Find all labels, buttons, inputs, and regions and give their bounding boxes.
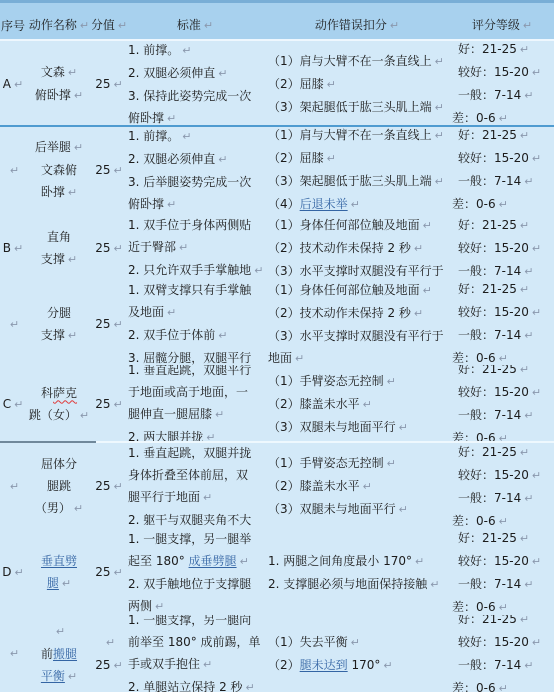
text-segment: 两侧: [128, 599, 152, 613]
paragraph-mark-icon: ↵: [14, 398, 23, 411]
text-segment: 25: [95, 163, 110, 177]
paragraph-mark-icon: ↵: [523, 19, 532, 32]
text-line: （3）水平支撑时双腿没有平行于: [268, 260, 444, 282]
text-line: 2. 双腿必须伸直↵: [128, 62, 227, 85]
hyperlink-text[interactable]: 成垂劈腿: [189, 554, 237, 568]
paragraph-mark-icon: ↵: [179, 241, 188, 254]
text-line: 1. 垂直起跳，双腿并拢: [128, 443, 251, 464]
header-idx: 序号: [0, 3, 26, 41]
cell-index: ↵: [0, 443, 26, 530]
text-segment: 后举腿: [35, 140, 71, 154]
text-line: 25↵: [95, 654, 123, 677]
cell-action-name: 分腿支撑↵: [26, 283, 92, 365]
text-line: 25↵: [95, 561, 123, 584]
text-line: 较好：15-20↵: [458, 301, 541, 324]
text-segment: （3）水平支撑时双腿没有平行于: [268, 264, 444, 278]
text-line: 文森俯: [41, 159, 77, 181]
text-segment: 前举至 180° 成前踢，单: [128, 635, 261, 649]
text-segment: 俯卧撑: [128, 197, 164, 211]
text-segment: 好：21-25: [458, 42, 517, 56]
text-segment: 差：0-6: [452, 431, 496, 443]
text-segment: 2. 双手触地位于支撑腿: [128, 577, 251, 591]
paragraph-mark-icon: ↵: [390, 19, 399, 32]
text-line: （1）身体任何部位触及地面↵: [268, 283, 432, 302]
text-line: 分腿: [47, 302, 71, 324]
paragraph-mark-icon: ↵: [414, 242, 423, 255]
text-line: D↵: [2, 561, 23, 584]
text-segment: 25: [95, 397, 110, 411]
text-line: 手或双手抱住↵: [128, 653, 212, 676]
paragraph-mark-icon: ↵: [499, 601, 508, 614]
hyperlink-text[interactable]: 后退未举: [300, 197, 348, 211]
cell-score: 25↵: [92, 530, 126, 615]
text-line: （2）屈膝↵: [268, 73, 336, 96]
paragraph-mark-icon: ↵: [524, 265, 533, 278]
text-segment: 1. 一腿支撑，另一腿向: [128, 615, 251, 627]
hyperlink-text[interactable]: 腿未达到: [300, 658, 348, 672]
hyperlink-text[interactable]: 搬腿: [53, 647, 77, 661]
cell-errors: （1）身体任何部位触及地面↵（2）技术动作未保持 2 秒↵（3）水平支撑时双腿没…: [264, 283, 450, 365]
cell-score: 25↵: [92, 127, 126, 213]
text-segment: 1. 双臂支撑只有手掌触: [128, 283, 251, 297]
text-line: （4）后退未举↵: [268, 193, 360, 213]
paragraph-mark-icon: ↵: [520, 129, 529, 142]
cell-action-name: 科萨克跳（女）↵: [26, 365, 92, 443]
text-segment: 2. 两大腿并拢: [128, 430, 203, 443]
text-segment: 2. 双手位于体前: [128, 328, 215, 342]
text-segment: 1. 垂直起跳，双腿并拢: [128, 446, 251, 460]
paragraph-mark-icon: ↵: [204, 19, 213, 32]
paragraph-mark-icon: ↵: [114, 398, 123, 411]
text-line: （2）腿未达到 170°↵: [268, 654, 393, 677]
text-segment: （3）双腿未与地面平行: [268, 420, 396, 434]
paragraph-mark-icon: ↵: [524, 409, 533, 422]
text-line: 起至 180° 成垂劈腿↵: [128, 550, 249, 573]
paragraph-mark-icon: ↵: [524, 89, 533, 102]
header-grades: 评分等级↵: [450, 3, 554, 41]
text-line: 科萨克: [41, 382, 77, 404]
text-line: 较好：15-20↵: [458, 237, 541, 260]
text-segment: 支撑: [41, 252, 65, 266]
text-segment: （2）屈膝: [268, 151, 324, 165]
paragraph-mark-icon: ↵: [520, 365, 529, 376]
paragraph-mark-icon: ↵: [351, 198, 360, 211]
text-segment: 俯卧撑: [35, 88, 71, 102]
cell-standard: 1. 双手位于身体两侧贴近于臀部↵2. 只允许双手手掌触地↵: [126, 213, 264, 283]
text-line: 好：21-25↵: [458, 283, 529, 301]
text-segment: 差：0-6: [452, 600, 496, 614]
cell-index: ↵: [0, 127, 26, 213]
text-line: 一般：7-14↵: [458, 170, 533, 193]
text-segment: 近于臀部: [128, 240, 176, 254]
paragraph-mark-icon: ↵: [114, 78, 123, 91]
text-segment: A: [3, 77, 11, 91]
text-segment: 于地面或高于地面，一: [128, 385, 248, 399]
paragraph-mark-icon: ↵: [74, 502, 83, 515]
header-label: 标准: [177, 18, 201, 32]
text-line: 跳（女）↵: [29, 404, 89, 427]
table-row: ↵分腿支撑↵25↵1. 双臂支撑只有手掌触及地面↵2. 双手位于体前↵3. 屈髋…: [0, 283, 554, 365]
text-segment: 3. 保持此姿势完成一次: [128, 89, 251, 103]
text-segment: （2）膝盖未水平: [268, 397, 360, 411]
text-line: 3. 后举腿姿势完成一次: [128, 171, 251, 193]
text-segment: 前: [41, 647, 53, 661]
paragraph-mark-icon: ↵: [363, 398, 372, 411]
cell-grades: 好：21-25↵较好：15-20↵一般：7-14↵差：0-6↵: [450, 41, 554, 127]
text-segment: 较好：15-20: [458, 385, 529, 399]
cell-grades: 好：21-25↵较好：15-20↵一般：7-14↵差：0-6↵: [450, 443, 554, 530]
text-line: （1）肩与大臂不在一条直线上↵: [268, 127, 444, 147]
text-segment: 起至 180°: [128, 554, 189, 568]
text-segment: 差：0-6: [452, 351, 496, 365]
paragraph-mark-icon: ↵: [532, 636, 541, 649]
paragraph-mark-icon: ↵: [68, 329, 77, 342]
text-segment: 1. 两腿之间角度最小 170°: [268, 554, 412, 568]
hyperlink-text[interactable]: 垂直劈: [41, 554, 77, 568]
paragraph-mark-icon: ↵: [524, 578, 533, 591]
text-line: 直角: [47, 226, 71, 248]
text-line: C↵: [3, 393, 24, 416]
text-line: 俯卧撑↵: [128, 193, 176, 214]
cell-score: 25↵: [92, 443, 126, 530]
text-segment: 腿平行于地面: [128, 490, 200, 504]
cell-index: C↵: [0, 365, 26, 443]
paragraph-mark-icon: ↵: [68, 670, 77, 683]
cell-action-name: 垂直劈腿↵: [26, 530, 92, 615]
text-line: 2. 双手位于体前↵: [128, 324, 227, 347]
text-line: 好：21-25↵: [458, 127, 529, 147]
cell-index: B↵: [0, 213, 26, 283]
paragraph-mark-icon: ↵: [155, 600, 164, 613]
text-line: 支撑↵: [41, 248, 77, 271]
paragraph-mark-icon: ↵: [10, 164, 19, 177]
paragraph-mark-icon: ↵: [532, 469, 541, 482]
text-line: 近于臀部↵: [128, 236, 188, 259]
text-segment: 较好：15-20: [458, 635, 529, 649]
paragraph-mark-icon: ↵: [399, 421, 408, 434]
paragraph-mark-icon: ↵: [415, 555, 424, 568]
text-segment: 一般：7-14: [458, 577, 521, 591]
text-segment: 25: [95, 241, 110, 255]
paragraph-mark-icon: ↵: [10, 647, 19, 660]
paragraph-mark-icon: ↵: [167, 306, 176, 319]
text-segment: （男）: [35, 501, 71, 515]
text-segment: （3）双腿未与地面平行: [268, 502, 396, 516]
text-line: 1. 垂直起跳，双腿平行: [128, 365, 251, 381]
paragraph-mark-icon: ↵: [203, 658, 212, 671]
paragraph-mark-icon: ↵: [182, 44, 191, 57]
text-line: （2）技术动作未保持 2 秒↵: [268, 237, 423, 260]
cell-score: ↵25↵: [92, 615, 126, 692]
text-segment: 手或双手抱住: [128, 657, 200, 671]
cell-errors: 1. 两腿之间角度最小 170°↵2. 支撑腿必须与地面保持接触↵: [264, 530, 450, 615]
paragraph-mark-icon: ↵: [423, 284, 432, 297]
paragraph-mark-icon: ↵: [524, 659, 533, 672]
cell-index: ↵: [0, 283, 26, 365]
text-line: 身体折叠至体前屈，双: [128, 464, 248, 486]
text-line: 一般：7-14↵: [458, 573, 533, 596]
text-segment: （1）身体任何部位触及地面: [268, 218, 420, 232]
paragraph-mark-icon: ↵: [435, 55, 444, 68]
paragraph-mark-icon: ↵: [114, 480, 123, 493]
paragraph-mark-icon: ↵: [399, 503, 408, 516]
paragraph-mark-icon: ↵: [203, 491, 212, 504]
paragraph-mark-icon: ↵: [520, 219, 529, 232]
text-line: 3. 保持此姿势完成一次: [128, 85, 251, 107]
paragraph-mark-icon: ↵: [80, 19, 89, 32]
paragraph-mark-icon: ↵: [114, 164, 123, 177]
text-segment: （2）: [268, 658, 300, 672]
cell-standard: 1. 前撑。↵2. 双腿必须伸直↵3. 保持此姿势完成一次俯卧撑↵: [126, 41, 264, 127]
text-segment: 地面: [268, 351, 292, 365]
text-line: 好：21-25↵: [458, 443, 529, 464]
text-line: 一般：7-14↵: [458, 487, 533, 510]
paragraph-mark-icon: ↵: [520, 615, 529, 626]
text-segment: 好：21-25: [458, 445, 517, 459]
paragraph-mark-icon: ↵: [14, 242, 23, 255]
paragraph-mark-icon: ↵: [240, 555, 249, 568]
cell-action-name: ↵前搬腿平衡↵: [26, 615, 92, 692]
cell-action-name: 后举腿↵文森俯卧撑↵: [26, 127, 92, 213]
paragraph-mark-icon: ↵: [68, 66, 77, 79]
text-segment: 科: [41, 386, 53, 400]
text-line: ↵: [7, 642, 19, 665]
text-line: （2）技术动作未保持 2 秒↵: [268, 302, 423, 325]
text-segment: 3. 屈髋分腿，双腿平行: [128, 351, 251, 365]
paragraph-mark-icon: ↵: [524, 175, 533, 188]
text-line: （3）架起腿低于肱三头肌上端↵: [268, 96, 444, 119]
text-line: （2）膝盖未水平↵: [268, 475, 372, 498]
text-line: 腿平行于地面↵: [128, 486, 212, 509]
text-segment: 一般：7-14: [458, 174, 521, 188]
paragraph-mark-icon: ↵: [167, 112, 176, 125]
text-line: 25↵: [95, 73, 123, 96]
paragraph-mark-icon: ↵: [327, 78, 336, 91]
text-line: 2. 双腿必须伸直↵: [128, 148, 227, 171]
paragraph-mark-icon: ↵: [206, 431, 215, 443]
paragraph-mark-icon: ↵: [114, 318, 123, 331]
text-segment: 1. 前撑。: [128, 129, 179, 143]
header-errors: 动作错误扣分↵: [264, 3, 450, 41]
text-line: 25↵: [95, 313, 123, 336]
text-segment: 身体折叠至体前屈，双: [128, 468, 248, 482]
hyperlink-text[interactable]: 平衡: [41, 669, 65, 683]
text-segment: 支撑: [41, 328, 65, 342]
header-label: 序号: [1, 19, 25, 33]
text-line: 一般：7-14↵: [458, 260, 533, 283]
text-line: （1）失去平衡↵: [268, 631, 360, 654]
text-line: 后举腿↵: [35, 136, 83, 159]
text-line: 1. 一腿支撑，另一腿向: [128, 615, 251, 631]
paragraph-mark-icon: ↵: [246, 681, 255, 692]
table-row: C↵科萨克跳（女）↵25↵1. 垂直起跳，双腿平行于地面或高于地面，一腿伸直一腿…: [0, 365, 554, 443]
paragraph-mark-icon: ↵: [499, 515, 508, 528]
cell-grades: 好：21-25↵较好：15-20↵一般：7-14↵: [450, 213, 554, 283]
paragraph-mark-icon: ↵: [383, 659, 392, 672]
cell-standard: 1. 一腿支撑，另一腿向前举至 180° 成前踢，单手或双手抱住↵2. 单腿站立…: [126, 615, 264, 692]
text-line: 前搬腿: [41, 643, 77, 665]
text-line: 较好：15-20↵: [458, 550, 541, 573]
text-line: 一般：7-14↵: [458, 324, 533, 347]
text-line: 差：0-6↵: [452, 677, 508, 692]
table-row: ↵屈体分腿跳（男）↵25↵1. 垂直起跳，双腿并拢身体折叠至体前屈，双腿平行于地…: [0, 443, 554, 530]
text-segment: D: [2, 565, 11, 579]
text-line: 两侧↵: [128, 595, 164, 616]
text-segment: 25: [95, 317, 110, 331]
text-segment: 1. 双手位于身体两侧贴: [128, 218, 251, 232]
cell-index: D↵: [0, 530, 26, 615]
text-line: （3）架起腿低于肱三头肌上端↵: [268, 170, 444, 193]
text-line: 支撑↵: [41, 324, 77, 347]
text-segment: 25: [95, 565, 110, 579]
text-line: 垂直劈: [41, 550, 77, 572]
text-line: （2）膝盖未水平↵: [268, 393, 372, 416]
text-segment: （3）架起腿低于肱三头肌上端: [268, 100, 432, 114]
cell-errors: （1）手臂姿态无控制↵（2）膝盖未水平↵（3）双腿未与地面平行↵: [264, 443, 450, 530]
text-segment: 较好：15-20: [458, 305, 529, 319]
paragraph-mark-icon: ↵: [520, 43, 529, 56]
text-line: 文森↵: [41, 61, 77, 84]
cell-errors: （1）肩与大臂不在一条直线上↵（2）屈膝↵（3）架起腿低于肱三头肌上端↵（4）后…: [264, 127, 450, 213]
paragraph-mark-icon: ↵: [520, 532, 529, 545]
paragraph-mark-icon: ↵: [68, 186, 77, 199]
paragraph-mark-icon: ↵: [532, 306, 541, 319]
text-segment: 较好：15-20: [458, 65, 529, 79]
text-segment: 及地面: [128, 305, 164, 319]
text-line: 较好：15-20↵: [458, 464, 541, 487]
cell-grades: 好：21-25↵较好：15-20↵一般：7-14↵差：0-6↵: [450, 127, 554, 213]
table-row: ↵↵前搬腿平衡↵↵25↵1. 一腿支撑，另一腿向前举至 180° 成前踢，单手或…: [0, 615, 554, 692]
text-line: 腿↵: [47, 572, 71, 595]
text-line: ↵: [53, 620, 65, 643]
text-segment: 25: [95, 479, 110, 493]
text-line: 1. 双手位于身体两侧贴: [128, 214, 251, 236]
text-line: 一般：7-14↵: [458, 404, 533, 427]
text-line: 25↵: [95, 393, 123, 416]
text-line: （3）双腿未与地面平行↵: [268, 416, 408, 439]
cell-score: 25↵: [92, 41, 126, 127]
cell-score: 25↵: [92, 365, 126, 443]
cell-errors: （1）失去平衡↵（2）腿未达到 170°↵: [264, 615, 450, 692]
text-line: （3）双腿未与地面平行↵: [268, 498, 408, 521]
text-segment: 屈体分: [41, 457, 77, 471]
paragraph-mark-icon: ↵: [327, 152, 336, 165]
text-segment: （2）膝盖未水平: [268, 479, 360, 493]
text-segment: 文森俯: [41, 163, 77, 177]
text-line: 1. 双臂支撑只有手掌触: [128, 283, 251, 301]
text-line: （1）手臂姿态无控制↵: [268, 452, 396, 475]
text-segment: （4）: [268, 197, 300, 211]
paragraph-mark-icon: ↵: [499, 112, 508, 125]
text-segment: （1）肩与大臂不在一条直线上: [268, 128, 432, 142]
paragraph-mark-icon: ↵: [15, 566, 24, 579]
text-segment: （3）架起腿低于肱三头肌上端: [268, 174, 432, 188]
text-line: 好：21-25↵: [458, 530, 529, 550]
text-line: 2. 支撑腿必须与地面保持接触↵: [268, 573, 439, 596]
text-segment: 2. 双腿必须伸直: [128, 66, 215, 80]
text-line: （3）水平支撑时双腿没有平行于: [268, 325, 444, 347]
text-segment: 好：21-25: [458, 283, 517, 296]
text-line: 好：21-25↵: [458, 214, 529, 237]
cell-index: A↵: [0, 41, 26, 127]
text-line: 好：21-25↵: [458, 615, 529, 631]
paragraph-mark-icon: ↵: [423, 219, 432, 232]
cell-score: 25↵: [92, 283, 126, 365]
text-line: 腿伸直一腿屈膝↵: [128, 403, 224, 426]
text-segment: 好：21-25: [458, 218, 517, 232]
text-line: （1）手臂姿态无控制↵: [268, 370, 396, 393]
text-segment: 2. 双腿必须伸直: [128, 152, 215, 166]
cell-score: 25↵: [92, 213, 126, 283]
text-segment: 一般：7-14: [458, 408, 521, 422]
text-line: 1. 两腿之间角度最小 170°↵: [268, 550, 424, 573]
text-segment: （1）失去平衡: [268, 635, 348, 649]
table-row: D↵垂直劈腿↵25↵1. 一腿支撑，另一腿举起至 180° 成垂劈腿↵2. 双手…: [0, 530, 554, 615]
text-line: 较好：15-20↵: [458, 381, 541, 404]
paragraph-mark-icon: ↵: [499, 198, 508, 211]
header-label: 评分等级: [472, 18, 520, 32]
text-line: （1）身体任何部位触及地面↵: [268, 214, 432, 237]
text-segment: 1. 前撑。: [128, 43, 179, 57]
text-segment: 一般：7-14: [458, 658, 521, 672]
paragraph-mark-icon: ↵: [218, 153, 227, 166]
header-label: 动作错误扣分: [315, 18, 387, 32]
text-line: 差：0-6↵: [452, 427, 508, 443]
text-line: 2. 双手触地位于支撑腿: [128, 573, 251, 595]
text-line: （2）屈膝↵: [268, 147, 336, 170]
text-line: 25↵: [95, 475, 123, 498]
text-line: 一般：7-14↵: [458, 84, 533, 107]
text-line: ↵: [7, 159, 19, 182]
text-segment: 直角: [47, 230, 71, 244]
text-line: 25↵: [95, 159, 123, 182]
cell-index: ↵: [0, 615, 26, 692]
text-line: 好：21-25↵: [458, 365, 529, 381]
table-row: A↵文森↵俯卧撑↵25↵1. 前撑。↵2. 双腿必须伸直↵3. 保持此姿势完成一…: [0, 41, 554, 127]
text-line: 俯卧撑↵: [35, 84, 83, 107]
paragraph-mark-icon: ↵: [106, 636, 115, 649]
text-segment: 170°: [348, 658, 381, 672]
text-line: 差：0-6↵: [452, 596, 508, 616]
paragraph-mark-icon: ↵: [435, 101, 444, 114]
cell-standard: 1. 一腿支撑，另一腿举起至 180° 成垂劈腿↵2. 双手触地位于支撑腿两侧↵: [126, 530, 264, 615]
paragraph-mark-icon: ↵: [114, 566, 123, 579]
text-line: 2. 单腿站立保持 2 秒↵: [128, 676, 255, 692]
cell-standard: 1. 前撑。↵2. 双腿必须伸直↵3. 后举腿姿势完成一次俯卧撑↵: [126, 127, 264, 213]
paragraph-mark-icon: ↵: [74, 141, 83, 154]
text-line: 前举至 180° 成前踢，单: [128, 631, 261, 653]
text-segment: 好：21-25: [458, 615, 517, 626]
paragraph-mark-icon: ↵: [56, 625, 65, 638]
paragraph-mark-icon: ↵: [499, 432, 508, 443]
paragraph-mark-icon: ↵: [499, 352, 508, 365]
text-segment: 卧撑: [41, 185, 65, 199]
paragraph-mark-icon: ↵: [114, 242, 123, 255]
document-page: 序号动作名称↵分值↵标准↵动作错误扣分↵评分等级↵A↵文森↵俯卧撑↵25↵1. …: [0, 0, 554, 692]
table-row: ↵后举腿↵文森俯卧撑↵25↵1. 前撑。↵2. 双腿必须伸直↵3. 后举腿姿势完…: [0, 127, 554, 213]
text-line: 好：21-25↵: [458, 41, 529, 61]
paragraph-mark-icon: ↵: [532, 242, 541, 255]
text-segment: 跳（女）: [29, 408, 77, 422]
paragraph-mark-icon: ↵: [254, 264, 263, 277]
text-line: （1）肩与大臂不在一条直线上↵: [268, 50, 444, 73]
paragraph-mark-icon: ↵: [524, 329, 533, 342]
hyperlink-text[interactable]: 腿: [47, 576, 59, 590]
text-line: 屈体分: [41, 453, 77, 475]
cell-errors: （1）手臂姿态无控制↵（2）膝盖未水平↵（3）双腿未与地面平行↵: [264, 365, 450, 443]
text-segment: 俯卧撑: [128, 111, 164, 125]
text-line: 及地面↵: [128, 301, 176, 324]
